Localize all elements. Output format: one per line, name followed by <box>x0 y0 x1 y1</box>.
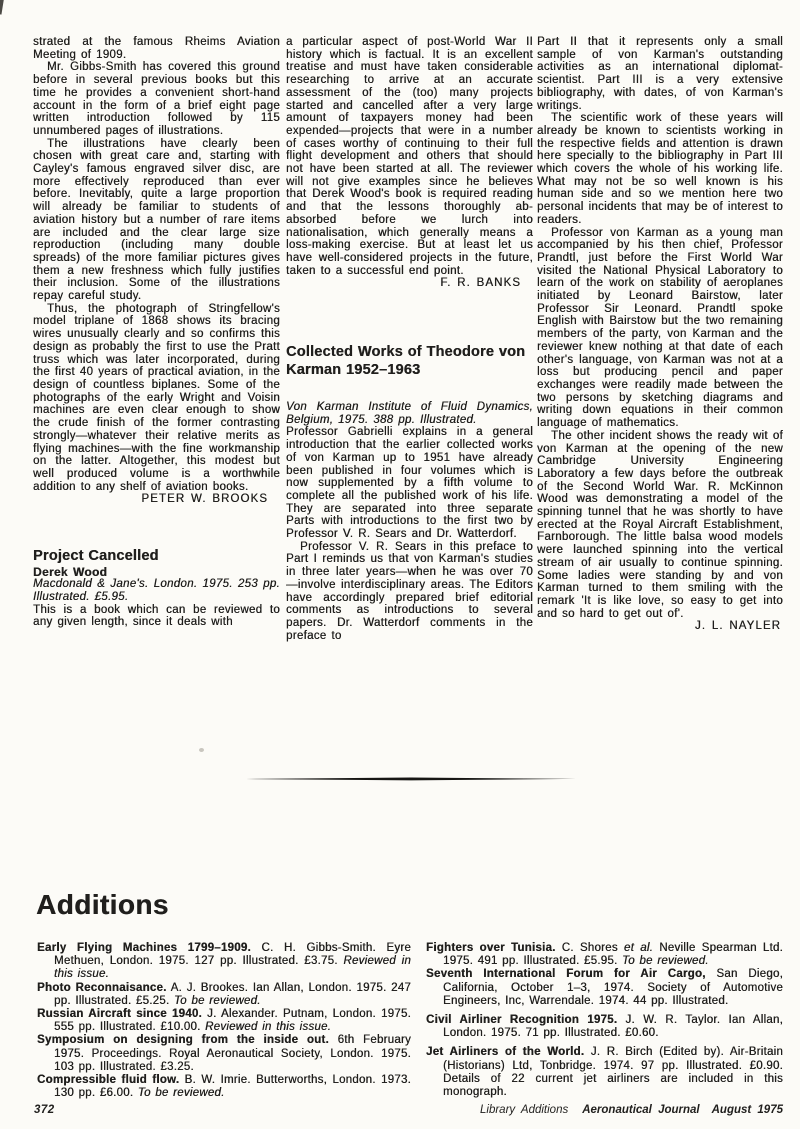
book-title: Symposium on designing from the inside o… <box>37 1034 329 1046</box>
review-status-note: To be reviewed. <box>622 955 709 967</box>
book-title: Fighters over Tunisia. <box>426 942 556 954</box>
footer-journal-info: Aeronautical JournalAugust 1975 <box>582 1104 783 1116</box>
review-status-note: To be reviewed. <box>138 1087 225 1099</box>
review-column-1: strated at the famous Rheims Aviation Me… <box>33 36 280 629</box>
review-publisher-line: Macdonald & Jane's. London. 1975. 253 pp… <box>33 578 280 603</box>
addition-entry: Civil Airliner Recognition 1975. J. W. R… <box>426 1014 783 1040</box>
addition-entry: Symposium on designing from the inside o… <box>37 1034 411 1074</box>
book-title: Compressible fluid flow. <box>37 1074 179 1086</box>
book-title: Photo Reconnaisance. <box>37 982 167 994</box>
review-title: Project Cancelled <box>33 548 280 566</box>
review-author: Derek Wood <box>33 566 280 579</box>
addition-entry: Photo Reconnaisance. A. J. Brookes. Ian … <box>37 982 411 1008</box>
additions-section-heading: Additions <box>36 889 169 921</box>
addition-entry: Seventh International Forum for Air Carg… <box>426 968 783 1008</box>
paragraph: This is a book which can be reviewed to … <box>33 604 280 629</box>
review-body-continuation: strated at the famous Rheims Aviation Me… <box>33 36 280 548</box>
book-title: Jet Airliners of the World. <box>426 1046 584 1058</box>
paragraph: strated at the famous Rheims Aviation Me… <box>33 36 280 61</box>
footer-journal-title: Aeronautical Journal <box>582 1104 699 1116</box>
book-title: Civil Airliner Recognition 1975. <box>426 1014 617 1026</box>
book-details: C. Shores <box>556 942 624 954</box>
addition-entry: Fighters over Tunisia. C. Shores et al. … <box>426 942 783 968</box>
book-title: Russian Aircraft since 1940. <box>37 1008 202 1020</box>
additions-list-left: Early Flying Machines 1799–1909. C. H. G… <box>37 942 411 1100</box>
reviewer-signature: PETER W. BROOKS <box>33 493 280 506</box>
paragraph: a particular aspect of post-World War II… <box>286 36 533 277</box>
review-column-3: Part II that it represents only a small … <box>537 36 783 633</box>
book-title: Seventh International Forum for Air Carg… <box>426 968 706 980</box>
addition-entry: Compressible fluid flow. B. W. Imrie. Bu… <box>37 1074 411 1100</box>
review-status-note: Reviewed in this issue. <box>205 1021 331 1033</box>
addition-entry: Jet Airliners of the World. J. R. Birch … <box>426 1046 783 1099</box>
page-number: 372 <box>34 1104 55 1116</box>
review-body-continuation: a particular aspect of post-World War II… <box>286 36 533 344</box>
separator-line <box>246 777 576 781</box>
footer-issue-date: August 1975 <box>712 1104 783 1116</box>
paragraph: Professor von Karman as a young man acco… <box>537 227 783 430</box>
paragraph: Professor Gabrielli explains in a genera… <box>286 426 533 540</box>
page-footer: 372 Library Additions Aeronautical Journ… <box>0 1102 800 1122</box>
paragraph: Mr. Gibbs-Smith has covered this ground … <box>33 61 280 137</box>
addition-entry: Early Flying Machines 1799–1909. C. H. G… <box>37 942 411 982</box>
paragraph: The illustrations have clearly been chos… <box>33 138 280 303</box>
reviewer-signature: J. L. NAYLER <box>537 620 783 633</box>
footer-section-label: Library Additions <box>480 1104 568 1116</box>
journal-page: strated at the famous Rheims Aviation Me… <box>0 0 800 1129</box>
paragraph: Thus, the photograph of Stringfellow's m… <box>33 303 280 494</box>
reviewer-signature: F. R. BANKS <box>286 277 533 290</box>
paragraph: The scientific work of these years will … <box>537 112 783 226</box>
review-publisher-line: Von Karman Institute of Fluid Dynamics, … <box>286 401 533 426</box>
paragraph: Part II that it represents only a small … <box>537 36 783 112</box>
book-title: Early Flying Machines 1799–1909. <box>37 942 251 954</box>
paragraph: Professor V. R. Sears in this preface to… <box>286 541 533 643</box>
review-status-note: To be reviewed. <box>174 995 261 1007</box>
paragraph: The other incident shows the ready wit o… <box>537 430 783 621</box>
additions-list-right: Fighters over Tunisia. C. Shores et al. … <box>426 942 783 1099</box>
review-column-2: a particular aspect of post-World War II… <box>286 36 533 642</box>
scan-speck <box>199 748 204 752</box>
review-title: Collected Works of Theodore von Karman 1… <box>286 344 533 379</box>
scan-artifact-corner <box>0 0 4 15</box>
addition-entry: Russian Aircraft since 1940. J. Alexande… <box>37 1008 411 1034</box>
et-al-text: et al. <box>624 942 653 954</box>
